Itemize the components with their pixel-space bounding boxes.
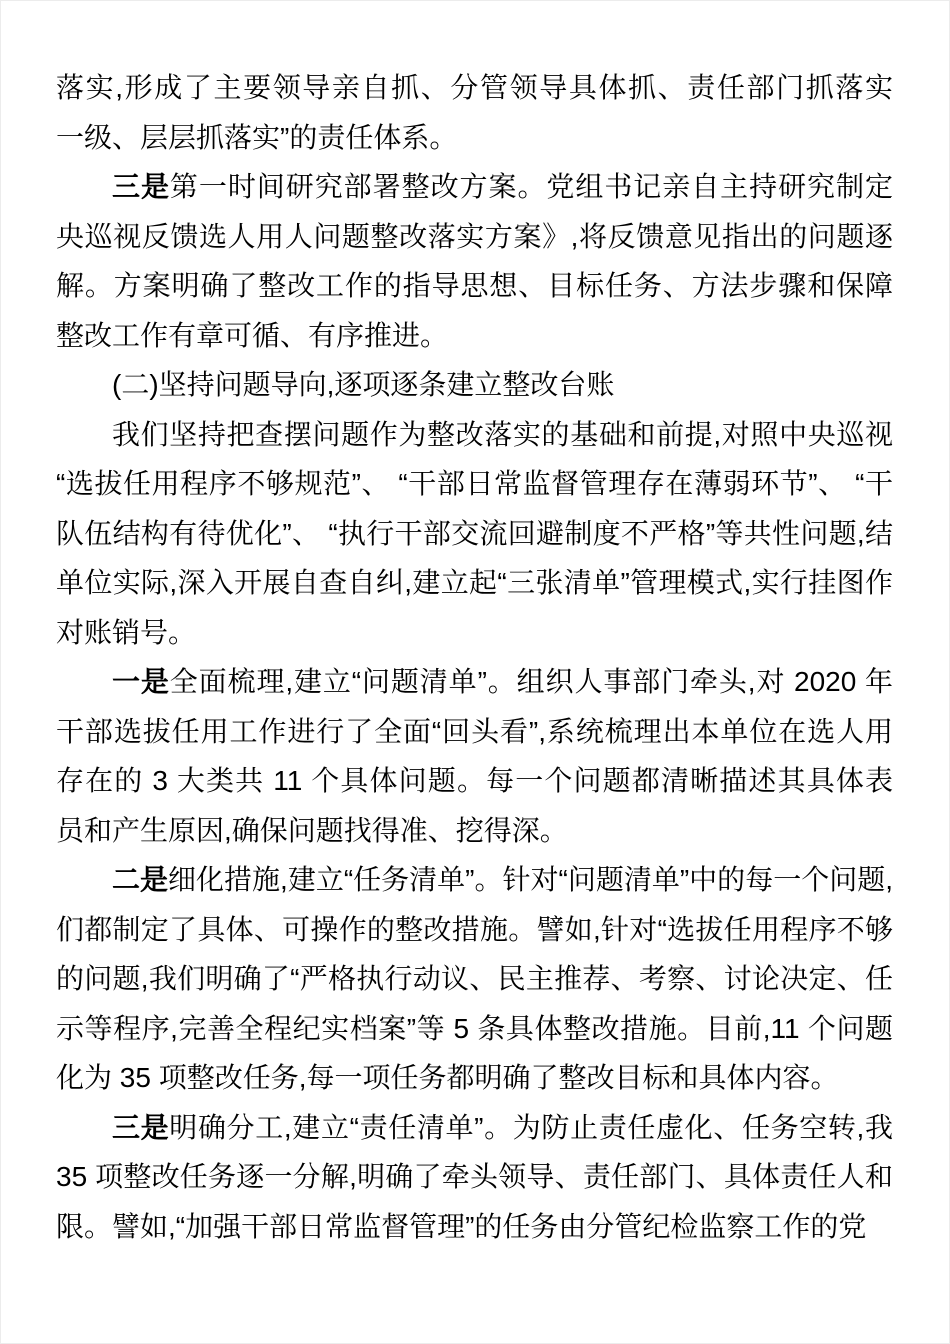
line-text: 细化措施,建立“任务清单”。针对“问题清单”中的每一个问题,我 — [56, 864, 893, 905]
text-line: 对账销号。 — [56, 608, 893, 658]
bold-lead-in: 二是 — [112, 864, 168, 895]
line-text: 干部选拔任用工作进行了全面“回头看”,系统梳理出本单位在选人用人方面 — [56, 716, 893, 757]
line-text: 们都制定了具体、可操作的整改措施。譬如,针对“选拔任用程序不够规范” — [56, 914, 893, 955]
text-line: 队伍结构有待优化”、 “执行干部交流回避制度不严格”等共性问题,结合本 — [56, 509, 893, 559]
text-line: 们都制定了具体、可操作的整改措施。譬如,针对“选拔任用程序不够规范” — [56, 905, 893, 955]
text-line: 整改工作有章可循、有序推进。 — [56, 311, 893, 361]
line-text: 员和产生原因,确保问题找得准、挖得深。 — [56, 815, 568, 846]
line-text: 我们坚持把查摆问题作为整改落实的基础和前提,对照中央巡视反馈的 — [56, 419, 893, 460]
line-text: 化为 35 项整改任务,每一项任务都明确了整改目标和具体内容。 — [56, 1062, 839, 1093]
text-line: 单位实际,深入开展自查自纠,建立起“三张清单”管理模式,实行挂图作战、 — [56, 558, 893, 608]
line-text: 明确分工,建立“责任清单”。为防止责任虚化、任务空转,我们将 — [56, 1112, 893, 1153]
text-line: 解。方案明确了整改工作的指导思想、目标任务、方法步骤和保障措施,确保 — [56, 261, 893, 311]
line-text: 35 项整改任务逐一分解,明确了牵头领导、责任部门、具体责任人和完成时 — [56, 1161, 893, 1202]
line-text: 单位实际,深入开展自查自纠,建立起“三张清单”管理模式,实行挂图作战、 — [56, 567, 893, 608]
line-text: 限。譬如,“加强干部日常监督管理”的任务由分管纪检监察工作的党组成员 — [56, 1211, 866, 1252]
paragraph: 二是细化措施,建立“任务清单”。针对“问题清单”中的每一个问题,我们都制定了具体… — [56, 855, 893, 1103]
line-text: “选拔任用程序不够规范”、 “干部日常监督管理存在薄弱环节”、 “干部 — [56, 468, 893, 509]
text-line: 落实,形成了主要领导亲自抓、分管领导具体抓、责任部门抓落实的“一级抓 — [56, 63, 893, 113]
line-text: 第一时间研究部署整改方案。党组书记亲自主持研究制定《关于中 — [56, 171, 893, 212]
paragraph: 落实,形成了主要领导亲自抓、分管领导具体抓、责任部门抓落实的“一级抓一级、层层抓… — [56, 63, 893, 162]
text-line: 三是第一时间研究部署整改方案。党组书记亲自主持研究制定《关于中 — [56, 162, 893, 212]
text-line: 示等程序,完善全程纪实档案”等 5 条具体整改措施。目前,11 个问题共计细 — [56, 1004, 893, 1054]
text-line: 一级、层层抓落实”的责任体系。 — [56, 113, 893, 163]
text-line: 35 项整改任务逐一分解,明确了牵头领导、责任部门、具体责任人和完成时 — [56, 1152, 893, 1202]
bold-lead-in: 三是 — [112, 1112, 169, 1143]
line-text: (二)坚持问题导向,逐项逐条建立整改台账 — [112, 369, 614, 400]
text-line: 员和产生原因,确保问题找得准、挖得深。 — [56, 806, 893, 856]
document-page: 落实,形成了主要领导亲自抓、分管领导具体抓、责任部门抓落实的“一级抓一级、层层抓… — [1, 1, 949, 1343]
text-line: 化为 35 项整改任务,每一项任务都明确了整改目标和具体内容。 — [56, 1053, 893, 1103]
line-text: 的问题,我们明确了“严格执行动议、民主推荐、考察、讨论决定、任职前公 — [56, 963, 893, 1004]
text-line: 一是全面梳理,建立“问题清单”。组织人事部门牵头,对 2020 年以来的 — [56, 657, 893, 707]
text-line: 的问题,我们明确了“严格执行动议、民主推荐、考察、讨论决定、任职前公 — [56, 954, 893, 1004]
paragraph: 我们坚持把查摆问题作为整改落实的基础和前提,对照中央巡视反馈的“选拔任用程序不够… — [56, 410, 893, 658]
text-line: 存在的 3 大类共 11 个具体问题。每一个问题都清晰描述其具体表现、涉及人 — [56, 756, 893, 806]
text-line: “选拔任用程序不够规范”、 “干部日常监督管理存在薄弱环节”、 “干部 — [56, 459, 893, 509]
paragraph: (二)坚持问题导向,逐项逐条建立整改台账 — [56, 360, 893, 410]
line-text: 队伍结构有待优化”、 “执行干部交流回避制度不严格”等共性问题,结合本 — [56, 518, 893, 559]
line-text: 全面梳理,建立“问题清单”。组织人事部门牵头,对 2020 年以来的 — [56, 666, 893, 707]
text-line: 我们坚持把查摆问题作为整改落实的基础和前提,对照中央巡视反馈的 — [56, 410, 893, 460]
line-text: 存在的 3 大类共 11 个具体问题。每一个问题都清晰描述其具体表现、涉及人 — [56, 765, 893, 806]
line-text: 对账销号。 — [56, 617, 196, 648]
line-text: 解。方案明确了整改工作的指导思想、目标任务、方法步骤和保障措施,确保 — [56, 270, 893, 311]
bold-lead-in: 三是 — [112, 171, 170, 202]
text-line: 二是细化措施,建立“任务清单”。针对“问题清单”中的每一个问题,我 — [56, 855, 893, 905]
paragraph: 三是明确分工,建立“责任清单”。为防止责任虚化、任务空转,我们将35 项整改任务… — [56, 1103, 893, 1252]
text-line: (二)坚持问题导向,逐项逐条建立整改台账 — [56, 360, 893, 410]
text-line: 限。譬如,“加强干部日常监督管理”的任务由分管纪检监察工作的党组成员 — [56, 1202, 893, 1252]
text-line: 干部选拔任用工作进行了全面“回头看”,系统梳理出本单位在选人用人方面 — [56, 707, 893, 757]
text-line: 央巡视反馈选人用人问题整改落实方案》,将反馈意见指出的问题逐一细化分 — [56, 212, 893, 262]
bold-lead-in: 一是 — [112, 666, 170, 697]
line-text: 整改工作有章可循、有序推进。 — [56, 320, 448, 351]
text-line: 三是明确分工,建立“责任清单”。为防止责任虚化、任务空转,我们将 — [56, 1103, 893, 1153]
paragraph: 一是全面梳理,建立“问题清单”。组织人事部门牵头,对 2020 年以来的干部选拔… — [56, 657, 893, 855]
line-text: 一级、层层抓落实”的责任体系。 — [56, 122, 457, 153]
paragraph: 三是第一时间研究部署整改方案。党组书记亲自主持研究制定《关于中央巡视反馈选人用人… — [56, 162, 893, 360]
line-text: 示等程序,完善全程纪实档案”等 5 条具体整改措施。目前,11 个问题共计细 — [56, 1013, 893, 1054]
line-text: 央巡视反馈选人用人问题整改落实方案》,将反馈意见指出的问题逐一细化分 — [56, 221, 893, 262]
line-text: 落实,形成了主要领导亲自抓、分管领导具体抓、责任部门抓落实的“一级抓 — [56, 72, 893, 113]
